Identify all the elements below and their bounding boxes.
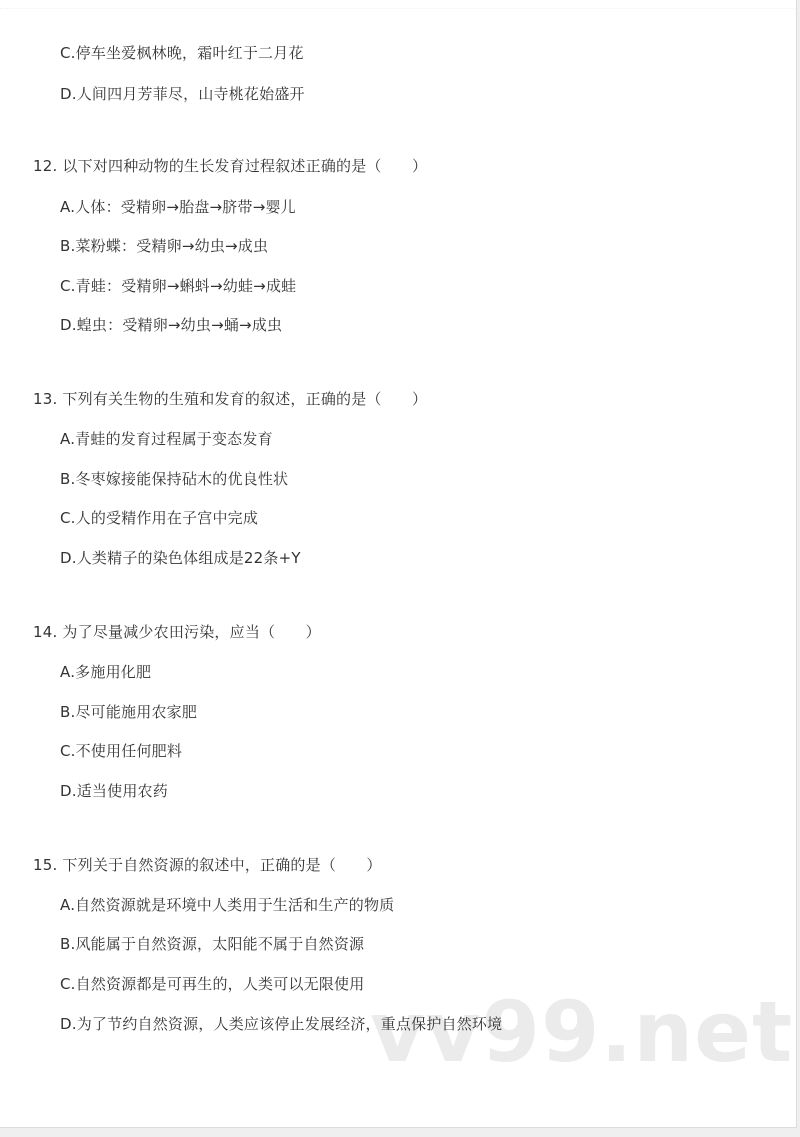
document-page: vv99.net C.停车坐爱枫林晚，霜叶红于二月花 D.人间四月芳菲尽，山寺桃… bbox=[0, 0, 797, 1128]
question-15-option-b: B.风能属于自然资源，太阳能不属于自然资源 bbox=[60, 934, 364, 954]
question-12-option-a: A.人体：受精卵→胎盘→脐带→婴儿 bbox=[60, 197, 296, 217]
question-12-option-c: C.青蛙：受精卵→蝌蚪→幼蛙→成蛙 bbox=[60, 276, 296, 296]
page-top-divider bbox=[0, 8, 796, 9]
question-13-option-b: B.冬枣嫁接能保持砧木的优良性状 bbox=[60, 469, 288, 489]
question-13-option-c: C.人的受精作用在子宫中完成 bbox=[60, 508, 258, 528]
question-12-stem: 12. 以下对四种动物的生长发育过程叙述正确的是（ ） bbox=[33, 156, 427, 176]
question-15-option-c: C.自然资源都是可再生的，人类可以无限使用 bbox=[60, 974, 364, 994]
question-13-option-d: D.人类精子的染色体组成是22条+Y bbox=[60, 548, 301, 568]
option-c-q11: C.停车坐爱枫林晚，霜叶红于二月花 bbox=[60, 43, 304, 63]
question-15-option-d: D.为了节约自然资源，人类应该停止发展经济，重点保护自然环境 bbox=[60, 1014, 502, 1034]
question-13-option-a: A.青蛙的发育过程属于变态发育 bbox=[60, 429, 273, 449]
option-d-q11: D.人间四月芳菲尽，山寺桃花始盛开 bbox=[60, 84, 305, 104]
question-12-option-d: D.蝗虫：受精卵→幼虫→蛹→成虫 bbox=[60, 315, 282, 335]
question-14-option-a: A.多施用化肥 bbox=[60, 662, 151, 682]
question-14-stem: 14. 为了尽量减少农田污染，应当（ ） bbox=[33, 622, 321, 642]
question-15-stem: 15. 下列关于自然资源的叙述中，正确的是（ ） bbox=[33, 855, 382, 875]
question-15-option-a: A.自然资源就是环境中人类用于生活和生产的物质 bbox=[60, 895, 394, 915]
question-12-option-b: B.菜粉蝶：受精卵→幼虫→成虫 bbox=[60, 236, 268, 256]
question-14-option-c: C.不使用任何肥料 bbox=[60, 741, 182, 761]
question-14-option-d: D.适当使用农药 bbox=[60, 781, 168, 801]
question-13-stem: 13. 下列有关生物的生殖和发育的叙述，正确的是（ ） bbox=[33, 389, 427, 409]
question-14-option-b: B.尽可能施用农家肥 bbox=[60, 702, 197, 722]
